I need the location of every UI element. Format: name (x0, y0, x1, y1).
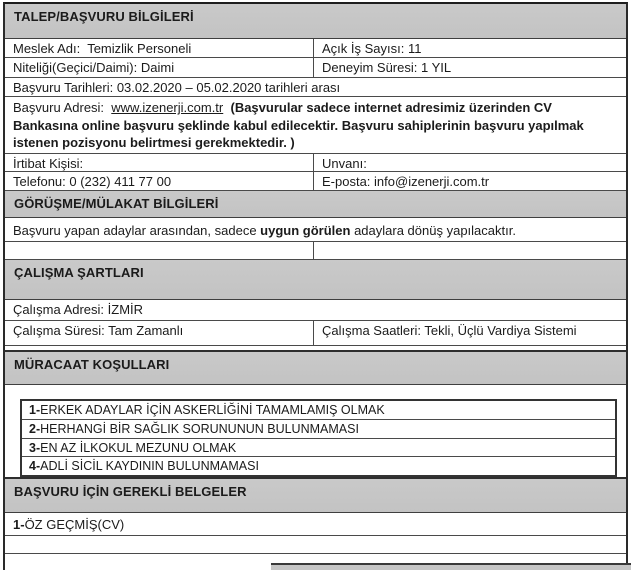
empty-cell (5, 242, 314, 259)
list-item-requirement: 3-EN AZ İLKOKUL MEZUNU OLMAK (22, 439, 615, 458)
gorusme-sentence: Başvuru yapan adaylar arasından, sadece … (5, 218, 626, 241)
item-text: HERHANGİ BİR SAĞLIK SORUNUNUN BULUNMAMAS… (40, 422, 359, 436)
field-value: 03.02.2020 – 05.02.2020 tarihleri arası (117, 80, 340, 95)
row-empty (5, 536, 626, 554)
field-label: Telefonu: (13, 174, 66, 189)
section-header-calisma-sartlari: ÇALIŞMA ŞARTLARI (5, 260, 626, 300)
section-header-talep-basvuru: TALEP/BAŞVURU BİLGİLERİ (5, 4, 626, 39)
field-value: 0 (232) 411 77 00 (69, 174, 171, 189)
spacer (5, 385, 626, 399)
field-value: Temizlik Personeli (87, 41, 191, 56)
section-title: GÖRÜŞME/MÜLAKAT BİLGİLERİ (14, 196, 218, 211)
field-label: Deneyim Süresi: (322, 60, 417, 75)
field-value: info@izenerji.com.tr (374, 174, 489, 189)
item-text: ÖZ GEÇMİŞ(CV) (25, 517, 125, 532)
field-value: Daimi (141, 60, 174, 75)
field-value: Tam Zamanlı (108, 323, 183, 338)
item-number: 2- (29, 422, 40, 436)
row-calisma-suresi-saatleri: Çalışma Süresi: Tam Zamanlı Çalışma Saat… (5, 321, 626, 346)
row-meslek-acikis: Meslek Adı: Temizlik Personeli Açık İş S… (5, 39, 626, 58)
field-calisma-adresi: Çalışma Adresi: İZMİR (5, 300, 626, 320)
list-item-requirement: 4-ADLİ SİCİL KAYDININ BULUNMAMASI (22, 457, 615, 475)
item-text: ERKEK ADAYLAR İÇİN ASKERLİĞİNİ TAMAMLAMI… (40, 403, 385, 417)
field-label: Başvuru Adresi: (13, 100, 104, 115)
row-basvuru-adresi: Başvuru Adresi: www.izenerji.com.tr (Baş… (5, 97, 626, 154)
section-title: MÜRACAAT KOŞULLARI (14, 357, 169, 372)
row-telefon-eposta: Telefonu: 0 (232) 411 77 00 E-posta: inf… (5, 172, 626, 191)
muracaat-requirements-list: 1-ERKEK ADAYLAR İÇİN ASKERLİĞİNİ TAMAMLA… (20, 399, 617, 477)
section-header-gorusme-mulakat: GÖRÜŞME/MÜLAKAT BİLGİLERİ (5, 191, 626, 218)
field-value: 1 YIL (421, 60, 451, 75)
row-irtibat-unvan: İrtibat Kişisi: Unvanı: (5, 154, 626, 172)
item-number: 1- (13, 517, 25, 532)
section-header-muracaat-kosullari: MÜRACAAT KOŞULLARI (5, 350, 626, 385)
field-niteligi: Niteliği(Geçici/Daimi): Daimi (5, 58, 314, 77)
job-posting-form: TALEP/BAŞVURU BİLGİLERİ Meslek Adı: Temi… (3, 2, 628, 570)
field-irtibat-kisisi: İrtibat Kişisi: (5, 154, 314, 171)
field-label: Çalışma Saatleri: (322, 323, 421, 338)
row-gorusme-aciklama: Başvuru yapan adaylar arasından, sadece … (5, 218, 626, 242)
field-label: Meslek Adı: (13, 41, 80, 56)
empty-cell (5, 536, 626, 553)
field-value: Tekli, Üçlü Vardiya Sistemi (424, 323, 576, 338)
item-text: ADLİ SİCİL KAYDININ BULUNMAMASI (40, 459, 259, 473)
field-telefonu: Telefonu: 0 (232) 411 77 00 (5, 172, 314, 190)
field-deneyim-suresi: Deneyim Süresi: 1 YIL (314, 58, 626, 77)
sentence-part: Başvuru yapan adaylar arasından, sadece (13, 223, 257, 238)
website-url: www.izenerji.com.tr (111, 100, 223, 115)
field-basvuru-tarihleri: Başvuru Tarihleri: 03.02.2020 – 05.02.20… (5, 78, 626, 96)
field-label: Çalışma Süresi: (13, 323, 105, 338)
next-section-band-edge (271, 563, 631, 570)
field-value: İZMİR (108, 302, 143, 317)
item-text: EN AZ İLKOKUL MEZUNU OLMAK (40, 441, 236, 455)
field-label: E-posta: (322, 174, 370, 189)
row-basvuru-tarihleri: Başvuru Tarihleri: 03.02.2020 – 05.02.20… (5, 78, 626, 97)
field-calisma-saatleri: Çalışma Saatleri: Tekli, Üçlü Vardiya Si… (314, 321, 626, 345)
section-title: BAŞVURU İÇİN GEREKLİ BELGELER (14, 484, 247, 499)
row-calisma-adresi: Çalışma Adresi: İZMİR (5, 300, 626, 321)
row-ozgecmis: 1-ÖZ GEÇMİŞ(CV) (5, 513, 626, 536)
empty-cell (314, 242, 626, 259)
field-meslek-adi: Meslek Adı: Temizlik Personeli (5, 39, 314, 57)
field-label: Çalışma Adresi: (13, 302, 104, 317)
field-label: Unvanı: (322, 156, 367, 171)
list-item-requirement: 2-HERHANGİ BİR SAĞLIK SORUNUNUN BULUNMAM… (22, 420, 615, 439)
section-header-gerekli-belgeler: BAŞVURU İÇİN GEREKLİ BELGELER (5, 477, 626, 513)
field-unvani: Unvanı: (314, 154, 626, 171)
field-calisma-suresi: Çalışma Süresi: Tam Zamanlı (5, 321, 314, 345)
sentence-emphasis: uygun görülen (260, 223, 350, 238)
sentence-part: adaylara dönüş yapılacaktır. (354, 223, 516, 238)
field-label: Başvuru Tarihleri: (13, 80, 113, 95)
row-empty-two-cell (5, 242, 626, 260)
field-label: İrtibat Kişisi: (13, 156, 83, 171)
section-title: ÇALIŞMA ŞARTLARI (14, 265, 144, 280)
list-item-requirement: 1-ERKEK ADAYLAR İÇİN ASKERLİĞİNİ TAMAMLA… (22, 401, 615, 420)
section-title: TALEP/BAŞVURU BİLGİLERİ (14, 9, 194, 24)
item-number: 3- (29, 441, 40, 455)
field-acik-is-sayisi: Açık İş Sayısı: 11 (314, 39, 626, 57)
row-nitelik-deneyim: Niteliği(Geçici/Daimi): Daimi Deneyim Sü… (5, 58, 626, 78)
field-label: Açık İş Sayısı: (322, 41, 404, 56)
list-item-document: 1-ÖZ GEÇMİŞ(CV) (5, 515, 626, 535)
field-value: 11 (408, 41, 422, 56)
scanned-document-page: TALEP/BAŞVURU BİLGİLERİ Meslek Adı: Temi… (0, 0, 631, 570)
field-eposta: E-posta: info@izenerji.com.tr (314, 172, 626, 190)
field-basvuru-adresi: Başvuru Adresi: www.izenerji.com.tr (Baş… (5, 97, 626, 153)
item-number: 1- (29, 403, 40, 417)
item-number: 4- (29, 459, 40, 473)
field-label: Niteliği(Geçici/Daimi): (13, 60, 137, 75)
